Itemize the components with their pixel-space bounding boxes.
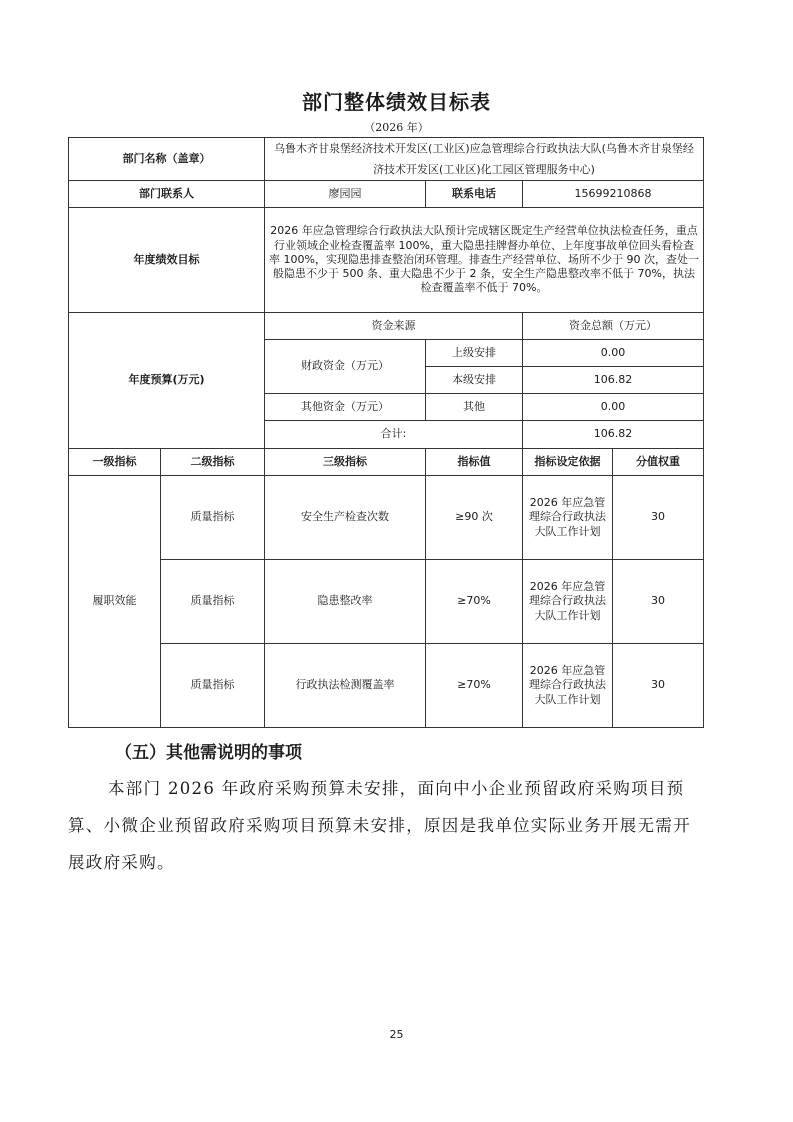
phone-label: 联系电话: [426, 181, 523, 208]
other-sub-label: 其他: [426, 394, 523, 421]
indicator-value: ≥70%: [426, 560, 523, 644]
upper-arrangement-value: 0.00: [523, 340, 704, 367]
indicator-value: ≥90 次: [426, 476, 523, 560]
indicator-row: 质量指标 行政执法检测覆盖率 ≥70% 2026 年应急管理综合行政执法大队工作…: [69, 644, 704, 728]
other-fund-value: 0.00: [523, 394, 704, 421]
indicator-header-row: 一级指标 二级指标 三级指标 指标值 指标设定依据 分值权重: [69, 449, 704, 476]
sum-label: 合计:: [265, 421, 523, 449]
fund-source-header: 资金来源: [265, 313, 523, 340]
page-title: 部门整体绩效目标表: [0, 86, 793, 115]
section-paragraph: 本部门 2026 年政府采购预算未安排，面向中小企业预留政府采购项目预算、小微企…: [68, 770, 708, 881]
header-level2: 二级指标: [161, 449, 265, 476]
contact-row: 部门联系人 廖园园 联系电话 15699210868: [69, 181, 704, 208]
level1-indicator: 履职效能: [69, 476, 161, 728]
header-value: 指标值: [426, 449, 523, 476]
fund-total-header: 资金总额（万元）: [523, 313, 704, 340]
local-arrangement-value: 106.82: [523, 367, 704, 394]
dept-name-row: 部门名称（盖章） 乌鲁木齐甘泉堡经济技术开发区(工业区)应急管理综合行政执法大队…: [69, 138, 704, 181]
indicator-basis: 2026 年应急管理综合行政执法大队工作计划: [523, 560, 613, 644]
goal-row: 年度绩效目标 2026 年应急管理综合行政执法大队预计完成辖区既定生产经营单位执…: [69, 208, 704, 313]
indicator-row: 履职效能 质量指标 安全生产检查次数 ≥90 次 2026 年应急管理综合行政执…: [69, 476, 704, 560]
section-heading: （五）其他需说明的事项: [115, 738, 302, 763]
budget-label: 年度预算(万元): [69, 313, 265, 449]
upper-arrangement-label: 上级安排: [426, 340, 523, 367]
sum-value: 106.82: [523, 421, 704, 449]
local-arrangement-label: 本级安排: [426, 367, 523, 394]
level3-indicator: 安全生产检查次数: [265, 476, 426, 560]
fiscal-fund-label: 财政资金（万元）: [265, 340, 426, 394]
indicator-weight: 30: [613, 476, 704, 560]
level3-indicator: 隐患整改率: [265, 560, 426, 644]
phone-value: 15699210868: [523, 181, 704, 208]
level2-indicator: 质量指标: [161, 476, 265, 560]
level2-indicator: 质量指标: [161, 644, 265, 728]
goal-text: 2026 年应急管理综合行政执法大队预计完成辖区既定生产经营单位执法检查任务，重…: [265, 208, 704, 313]
header-basis: 指标设定依据: [523, 449, 613, 476]
goal-label: 年度绩效目标: [69, 208, 265, 313]
page-number: 25: [0, 1028, 793, 1041]
contact-value: 廖园园: [265, 181, 426, 208]
dept-name-label: 部门名称（盖章）: [69, 138, 265, 181]
indicator-weight: 30: [613, 644, 704, 728]
header-level1: 一级指标: [69, 449, 161, 476]
dept-name-value: 乌鲁木齐甘泉堡经济技术开发区(工业区)应急管理综合行政执法大队(乌鲁木齐甘泉堡经…: [265, 138, 704, 181]
level3-indicator: 行政执法检测覆盖率: [265, 644, 426, 728]
indicator-row: 质量指标 隐患整改率 ≥70% 2026 年应急管理综合行政执法大队工作计划 3…: [69, 560, 704, 644]
performance-target-table: 部门名称（盖章） 乌鲁木齐甘泉堡经济技术开发区(工业区)应急管理综合行政执法大队…: [68, 137, 704, 728]
header-level3: 三级指标: [265, 449, 426, 476]
budget-header-row: 年度预算(万元) 资金来源 资金总额（万元）: [69, 313, 704, 340]
header-weight: 分值权重: [613, 449, 704, 476]
indicator-basis: 2026 年应急管理综合行政执法大队工作计划: [523, 476, 613, 560]
contact-label: 部门联系人: [69, 181, 265, 208]
indicator-basis: 2026 年应急管理综合行政执法大队工作计划: [523, 644, 613, 728]
indicator-value: ≥70%: [426, 644, 523, 728]
year-subtitle: （2026 年）: [0, 119, 793, 135]
level2-indicator: 质量指标: [161, 560, 265, 644]
indicator-weight: 30: [613, 560, 704, 644]
other-fund-label: 其他资金（万元）: [265, 394, 426, 421]
